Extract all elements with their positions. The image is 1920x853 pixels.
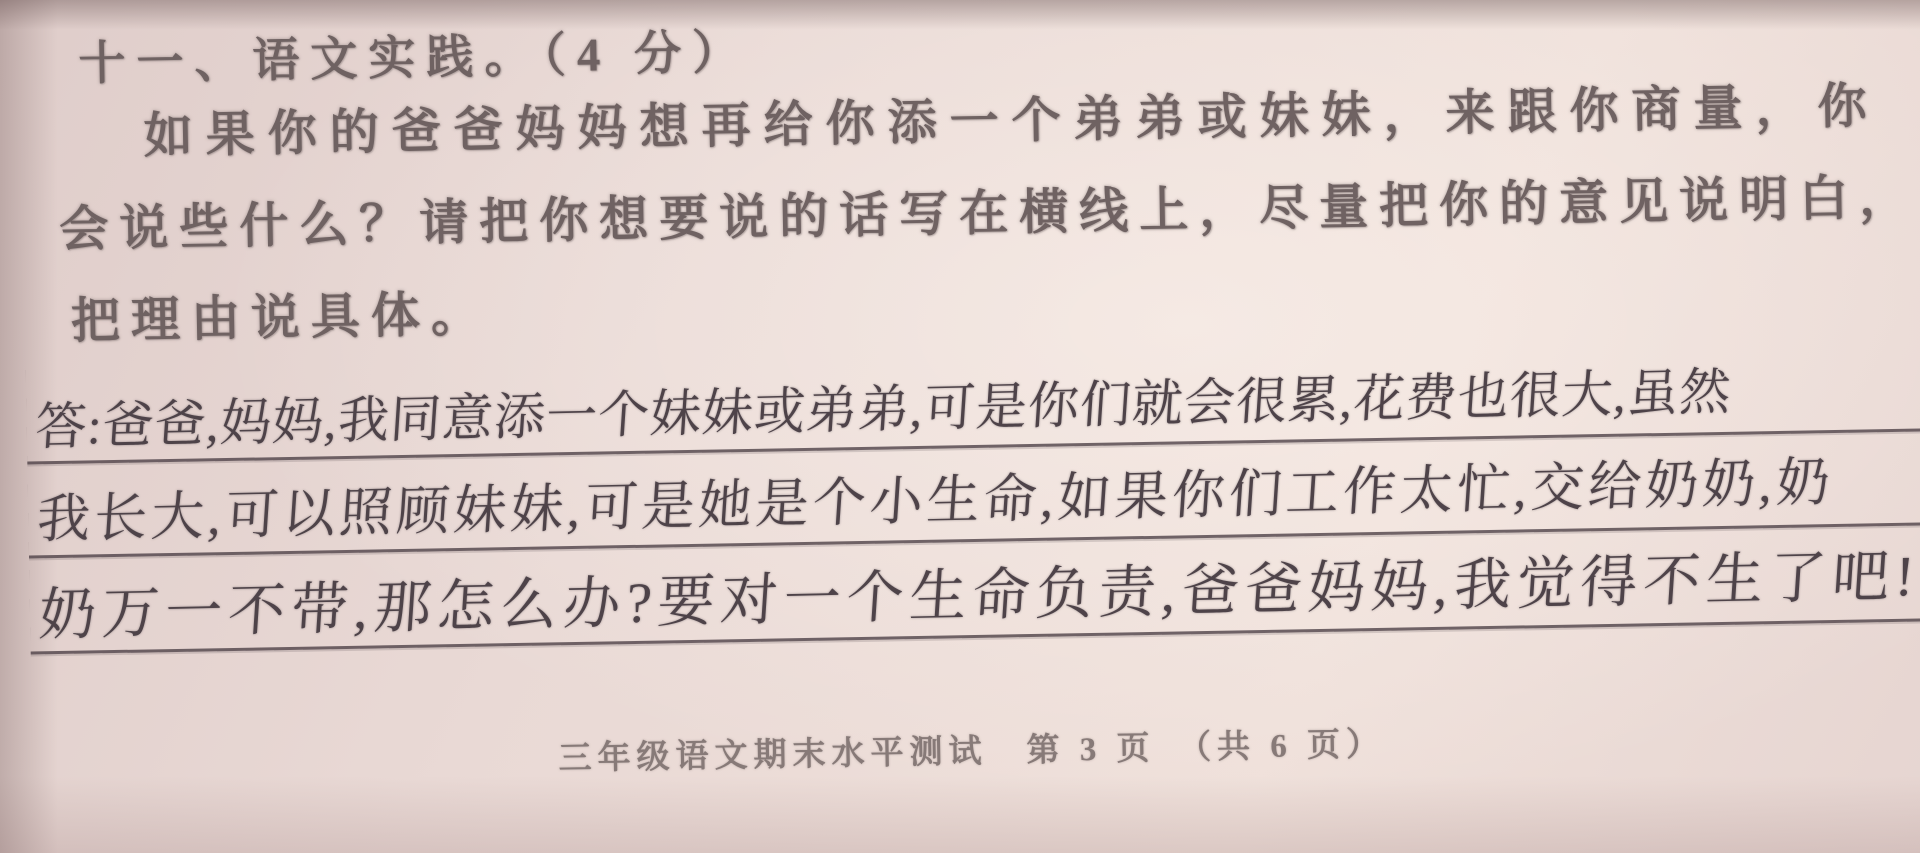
answer-area: 答:爸爸,妈妈,我同意添一个妹妹或弟弟,可是你们就会很累,花费也很大,虽然 我长… [0, 0, 1920, 700]
page-footer: 三年级语文期末水平测试 第 3 页 （共 6 页） [558, 718, 1385, 779]
exam-sheet: 十一、语文实践。（4 分） 如果你的爸爸妈妈想再给你添一个弟弟或妹妹，来跟你商量… [0, 0, 1920, 853]
exam-paper-photo: 十一、语文实践。（4 分） 如果你的爸爸妈妈想再给你添一个弟弟或妹妹，来跟你商量… [0, 0, 1920, 853]
